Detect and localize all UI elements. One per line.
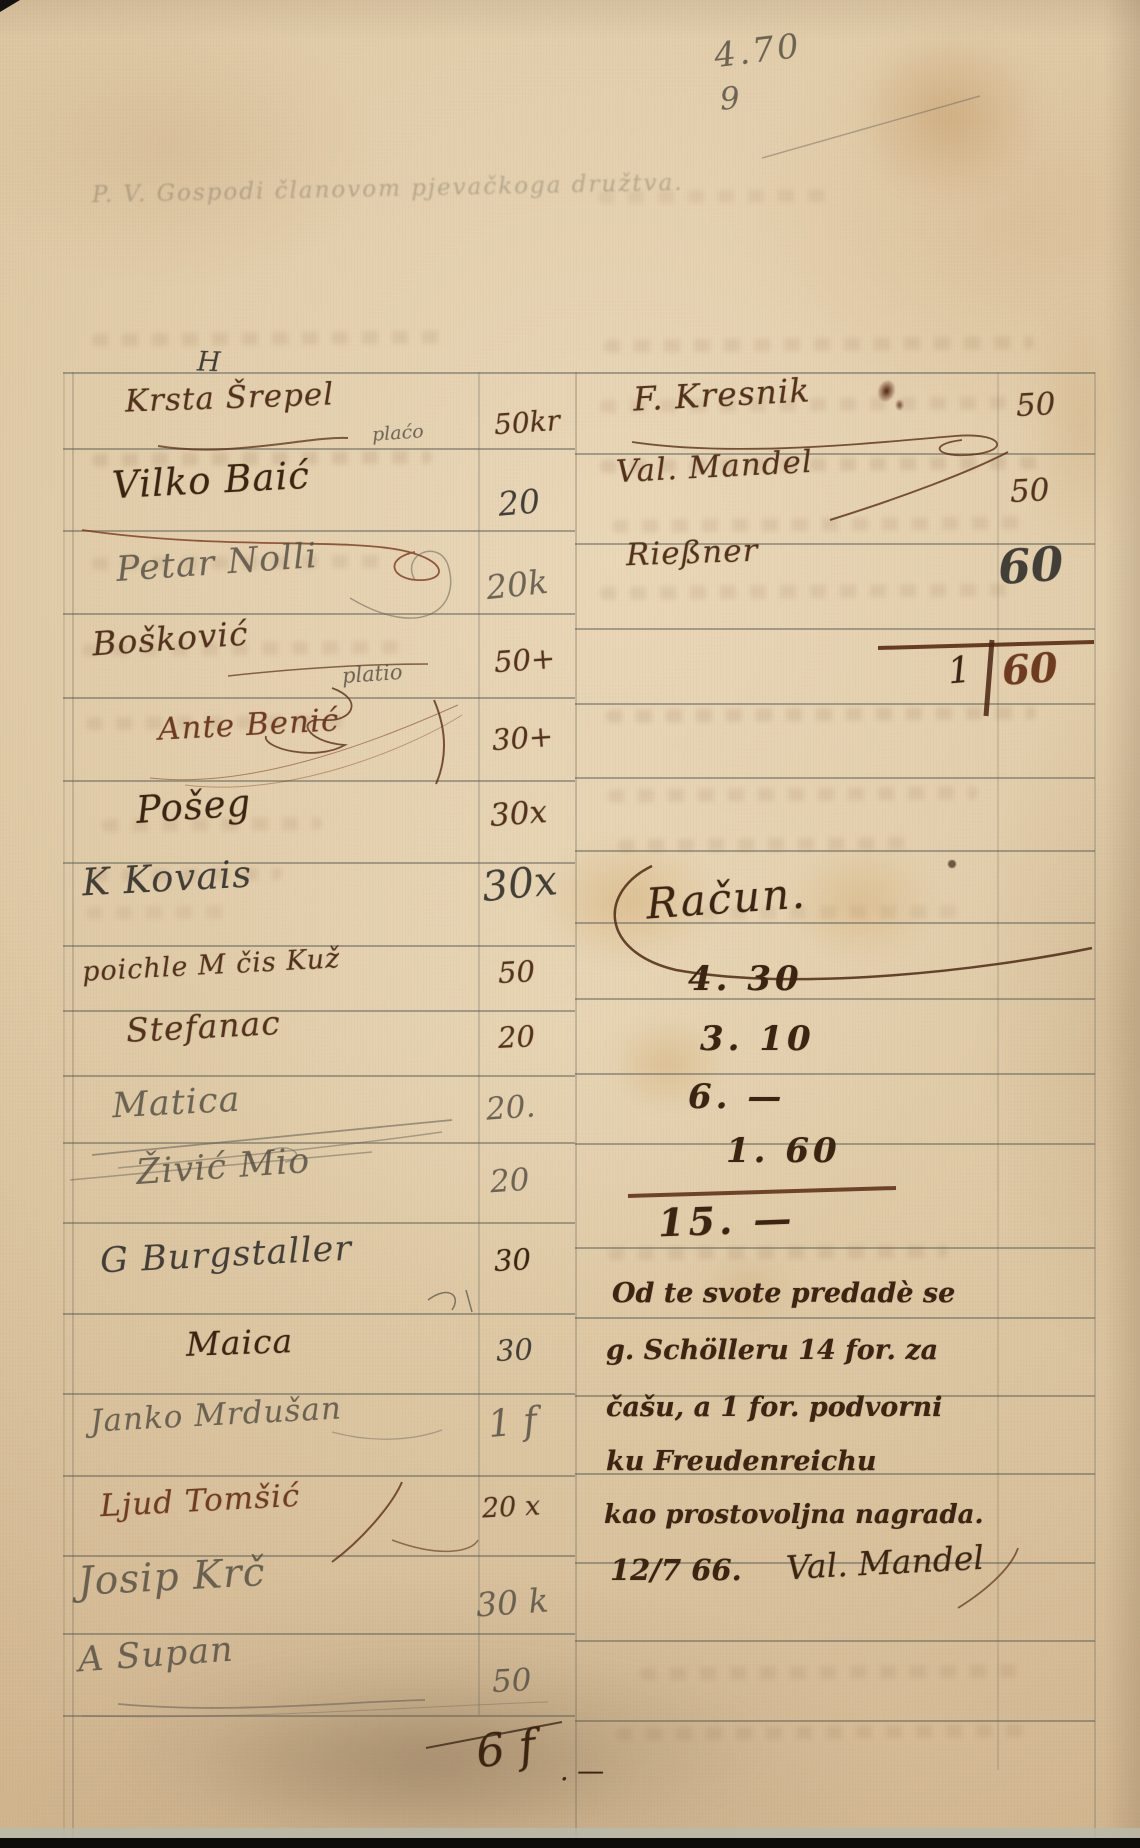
grid-line bbox=[63, 1313, 575, 1315]
paid-note: plaćo bbox=[371, 422, 424, 445]
grid-line bbox=[63, 697, 575, 699]
note-line: ku Freudenreichu bbox=[606, 1448, 877, 1475]
grid-line bbox=[63, 1075, 575, 1077]
racun-line: 6. — bbox=[688, 1080, 785, 1114]
member-name: Ante Benić bbox=[157, 705, 340, 745]
note-line: Od te svote predadè se bbox=[612, 1280, 955, 1307]
squiggle bbox=[428, 1290, 472, 1312]
grid-line bbox=[72, 372, 74, 1838]
pencil-diagonal bbox=[762, 96, 980, 158]
member-amount: 50+ bbox=[493, 644, 556, 677]
grid-line bbox=[575, 1317, 1095, 1319]
bleedthrough-line bbox=[618, 837, 908, 853]
bleedthrough-line bbox=[616, 1724, 1036, 1741]
racun-line: 3. 10 bbox=[700, 1022, 815, 1056]
pencil-tail bbox=[332, 1430, 442, 1439]
bleedthrough-line bbox=[606, 706, 1036, 723]
right-subtotal-gulden: 1 bbox=[946, 653, 972, 691]
bleedthrough-line bbox=[92, 330, 452, 346]
member-amount: 30 bbox=[493, 1245, 531, 1276]
member-name: K Kovais bbox=[81, 856, 253, 902]
grid-line bbox=[575, 1720, 1095, 1722]
paid-note: platio bbox=[341, 662, 403, 687]
grid-line bbox=[63, 372, 65, 1838]
member-amount: 20 bbox=[489, 1165, 531, 1199]
grid-line bbox=[575, 1640, 1095, 1642]
right-subtotal-kreuzer: 60 bbox=[1001, 648, 1059, 692]
scanned-ledger-page: Krsta Šrepel50krVilko Baić20Petar Nolli2… bbox=[0, 0, 1140, 1848]
member-amount: 50 bbox=[491, 1665, 532, 1698]
member-amount: 30 k bbox=[475, 1584, 550, 1622]
member-amount: 20 bbox=[497, 484, 542, 521]
left-total-suffix: . — bbox=[560, 1758, 604, 1785]
bleedthrough-line bbox=[86, 905, 226, 919]
racun-line: 4. 30 bbox=[688, 962, 803, 996]
grid-line bbox=[575, 998, 1095, 1000]
ink-blot bbox=[948, 860, 956, 868]
grid-line bbox=[63, 1633, 575, 1635]
member-amount: 20 x bbox=[481, 1492, 541, 1522]
member-name: Bošković bbox=[91, 617, 250, 661]
sum-divider bbox=[986, 640, 992, 716]
grid-line bbox=[63, 613, 575, 615]
member-name: Janko Mrdušan bbox=[89, 1393, 342, 1437]
member-name: Petar Nolli bbox=[115, 539, 319, 588]
underline-flourish bbox=[118, 1700, 425, 1708]
member-name: G Burgstaller bbox=[99, 1231, 353, 1279]
member-amount: 50 bbox=[1009, 475, 1050, 508]
margin-mark: H bbox=[197, 349, 221, 377]
water-stain bbox=[115, 1655, 765, 1840]
member-amount: 60 bbox=[996, 541, 1065, 592]
member-amount: 1 f bbox=[486, 1402, 538, 1443]
scan-corner-artifact bbox=[0, 0, 20, 12]
grid-line bbox=[63, 1142, 575, 1144]
note-line: g. Schölleru 14 for. za bbox=[606, 1337, 938, 1364]
member-name: Ljud Tomšić bbox=[99, 1481, 301, 1522]
member-name: Matica bbox=[111, 1083, 241, 1125]
member-amount: 50 bbox=[1015, 389, 1056, 422]
grid-line bbox=[1094, 372, 1096, 1838]
member-name: Pošeg bbox=[135, 784, 253, 829]
member-name: F. Kresnik bbox=[632, 373, 811, 415]
member-name: A Supan bbox=[77, 1633, 235, 1679]
bleedthrough-line bbox=[612, 516, 1032, 533]
stain bbox=[788, 846, 933, 958]
sum-rule bbox=[628, 1188, 896, 1196]
grid-line bbox=[63, 1715, 575, 1717]
racun-title: Račun. bbox=[645, 872, 808, 925]
grid-line bbox=[63, 780, 575, 782]
member-amount: 30 bbox=[495, 1335, 533, 1366]
grid-line bbox=[63, 448, 575, 450]
member-name: Stefanac bbox=[125, 1006, 281, 1047]
racun-line: 1. 60 bbox=[726, 1134, 841, 1168]
note-date: 12/7 66. bbox=[610, 1556, 742, 1585]
member-name: poichle M čis Kuž bbox=[81, 945, 341, 985]
ghost-heading: P. V. Gospodi članovom pjevačkoga družtv… bbox=[92, 172, 684, 207]
member-name: Živić Mio bbox=[135, 1144, 311, 1191]
grid-line bbox=[575, 1073, 1095, 1075]
member-name: Val. Mandel bbox=[615, 447, 813, 488]
member-name: Maica bbox=[185, 1324, 293, 1361]
scan-edge-black bbox=[0, 1838, 1140, 1848]
member-amount: 30x bbox=[489, 797, 548, 832]
note-line: kao prostovoljna nagrada. bbox=[604, 1502, 984, 1528]
member-amount: 30x bbox=[480, 860, 559, 909]
bleedthrough-line bbox=[608, 1245, 948, 1261]
member-name: Rießner bbox=[625, 536, 758, 572]
page-right-edge-shading bbox=[1104, 0, 1140, 1848]
pencil-corner-amount: 4.70 bbox=[712, 29, 803, 73]
note-signature: Val. Mandel bbox=[785, 1541, 984, 1584]
bleedthrough-line bbox=[608, 786, 978, 802]
grid-line bbox=[575, 628, 1095, 630]
stain bbox=[855, 30, 1040, 200]
slash-mark bbox=[434, 700, 444, 784]
member-amount: 50 bbox=[497, 957, 535, 988]
pencil-corner-number: 9 bbox=[719, 83, 741, 115]
grid-line bbox=[63, 530, 575, 532]
grid-line bbox=[575, 372, 577, 1838]
ink-blot bbox=[895, 399, 904, 411]
member-amount: 20 bbox=[497, 1022, 535, 1053]
member-amount: 20. bbox=[485, 1091, 536, 1125]
member-amount: 50kr bbox=[493, 407, 561, 440]
note-line: čašu, a 1 for. podvorni bbox=[606, 1394, 942, 1421]
member-name: Krsta Šrepel bbox=[125, 379, 335, 417]
member-amount: 30+ bbox=[491, 722, 554, 755]
grid-line bbox=[478, 372, 480, 1715]
member-name: Josip Krč bbox=[77, 1553, 266, 1602]
left-total-value: 6 f bbox=[473, 1723, 538, 1775]
grid-line bbox=[575, 777, 1095, 779]
bleedthrough-line bbox=[604, 336, 1034, 353]
bleedthrough-line bbox=[640, 1664, 1020, 1680]
grid-line bbox=[63, 1222, 575, 1224]
slash-tail bbox=[392, 1540, 478, 1551]
member-amount: 20k bbox=[484, 565, 549, 604]
bleedthrough-line bbox=[600, 583, 1020, 600]
sum-rule bbox=[878, 642, 1094, 648]
grid-line bbox=[575, 703, 1095, 705]
slash-mark bbox=[332, 1482, 402, 1562]
member-name: Vilko Baić bbox=[111, 457, 311, 504]
racun-total: 15. — bbox=[657, 1200, 796, 1243]
grid-line bbox=[63, 1475, 575, 1477]
